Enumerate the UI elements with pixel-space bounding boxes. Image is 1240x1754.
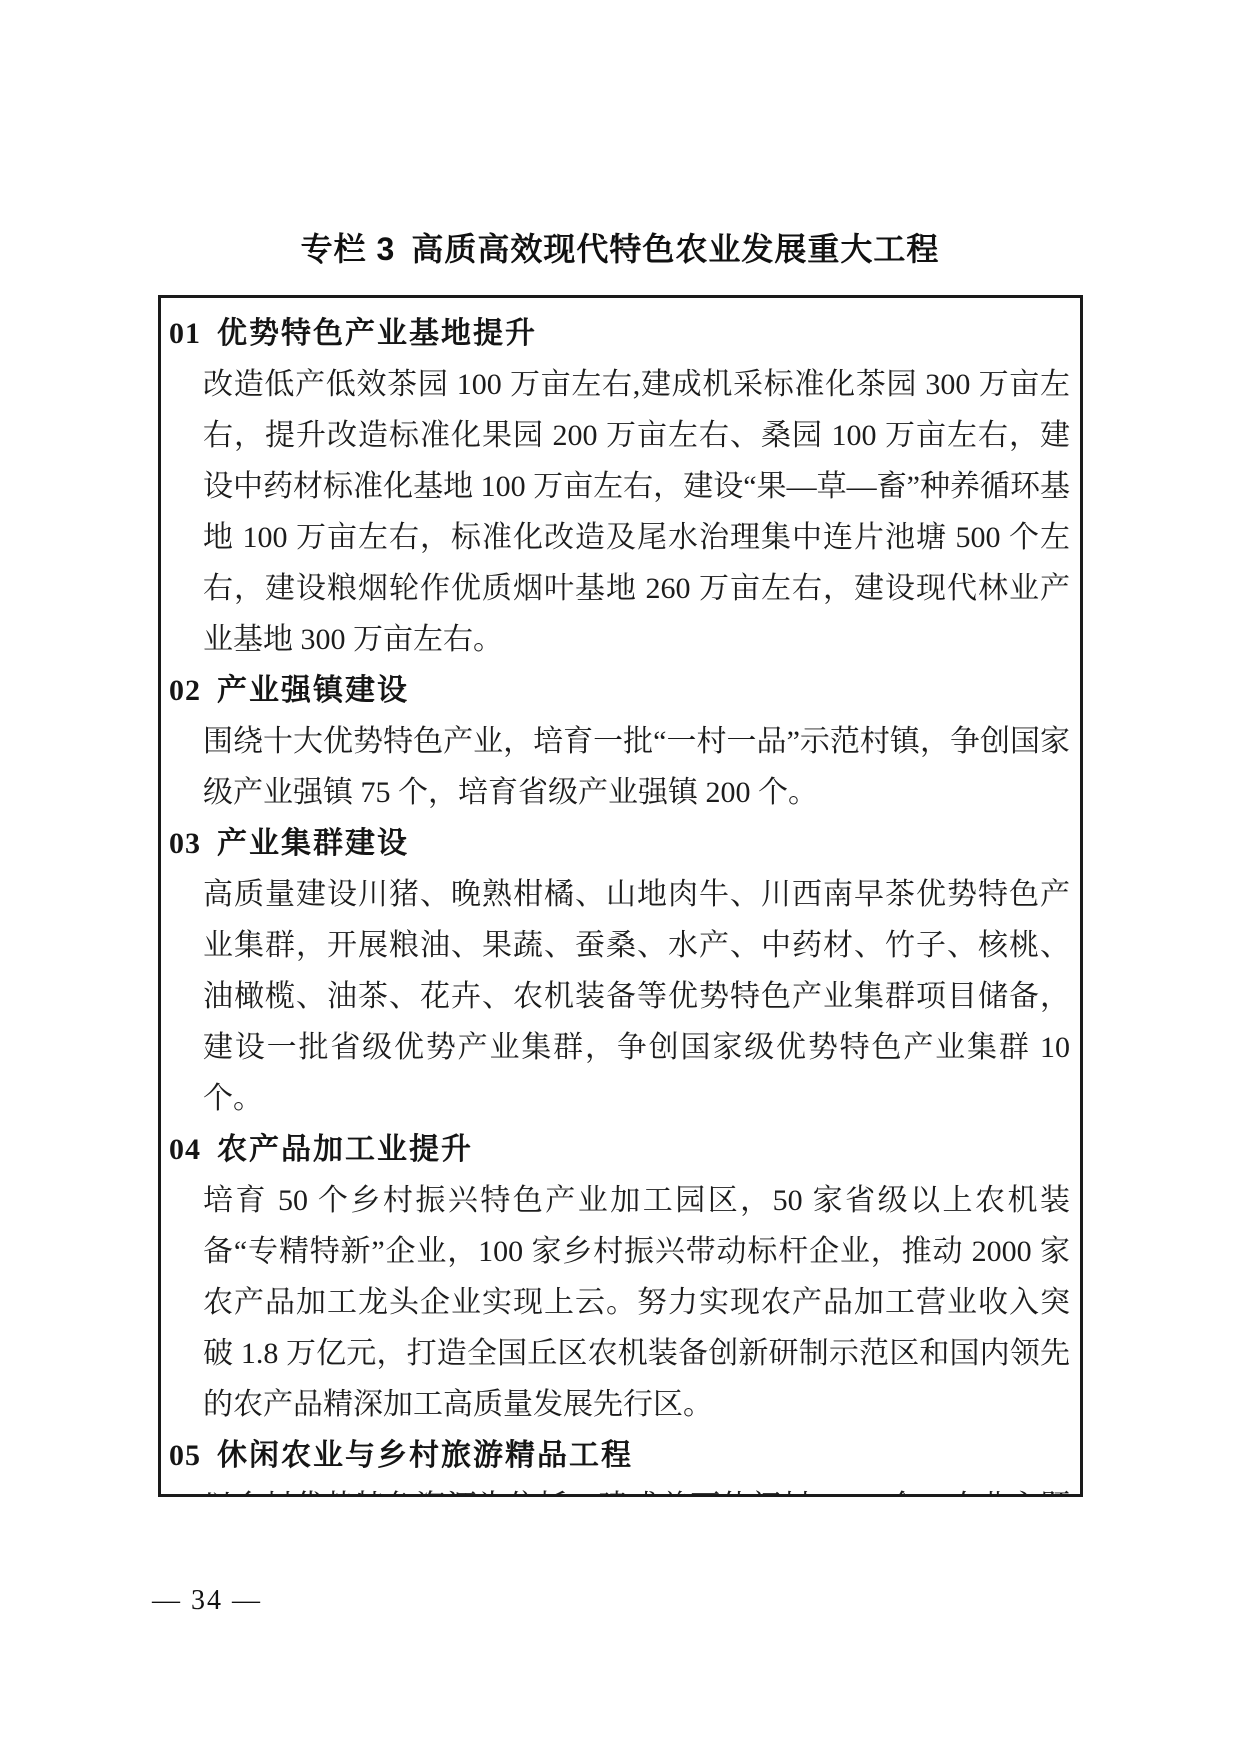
section-01-title: 优势特色产业基地提升 — [217, 317, 537, 350]
page-title: 专栏 3高质高效现代特色农业发展重大工程 — [0, 228, 1240, 270]
section-04: 04农产品加工业提升 培育 50 个乡村振兴特色产业加工园区，50 家省级以上农… — [169, 1124, 1070, 1430]
section-03-title: 产业集群建设 — [217, 827, 409, 860]
section-01-number: 01 — [169, 317, 201, 350]
section-05-title: 休闲农业与乡村旅游精品工程 — [217, 1439, 633, 1472]
document-page: 专栏 3高质高效现代特色农业发展重大工程 01优势特色产业基地提升 改造低产低效… — [0, 0, 1240, 1754]
section-05-body: 以乡村优势特色资源为依托，建成美丽休闲村 2000 个、农业主题公 — [203, 1481, 1070, 1497]
section-03-body: 高质量建设川猪、晚熟柑橘、山地肉牛、川西南早茶优势特色产业集群，开展粮油、果蔬、… — [203, 869, 1070, 1124]
section-02: 02产业强镇建设 围绕十大优势特色产业，培育一批“一村一品”示范村镇，争创国家级… — [169, 665, 1070, 818]
section-03-number: 03 — [169, 827, 201, 860]
page-number: — 34 — — [152, 1585, 262, 1617]
section-03-heading: 03产业集群建设 — [169, 818, 1070, 869]
page-title-text: 高质高效现代特色农业发展重大工程 — [411, 231, 939, 267]
section-05: 05休闲农业与乡村旅游精品工程 以乡村优势特色资源为依托，建成美丽休闲村 200… — [169, 1430, 1070, 1497]
section-02-title: 产业强镇建设 — [217, 674, 409, 707]
section-01-heading: 01优势特色产业基地提升 — [169, 308, 1070, 359]
section-01: 01优势特色产业基地提升 改造低产低效茶园 100 万亩左右,建成机采标准化茶园… — [169, 308, 1070, 665]
section-04-body: 培育 50 个乡村振兴特色产业加工园区，50 家省级以上农机装备“专精特新”企业… — [203, 1175, 1070, 1430]
section-05-number: 05 — [169, 1439, 201, 1472]
section-03: 03产业集群建设 高质量建设川猪、晚熟柑橘、山地肉牛、川西南早茶优势特色产业集群… — [169, 818, 1070, 1124]
section-02-body: 围绕十大优势特色产业，培育一批“一村一品”示范村镇，争创国家级产业强镇 75 个… — [203, 716, 1070, 818]
page-title-label: 专栏 3 — [301, 231, 396, 267]
section-02-heading: 02产业强镇建设 — [169, 665, 1070, 716]
feature-box: 01优势特色产业基地提升 改造低产低效茶园 100 万亩左右,建成机采标准化茶园… — [158, 295, 1083, 1497]
section-05-heading: 05休闲农业与乡村旅游精品工程 — [169, 1430, 1070, 1481]
section-04-title: 农产品加工业提升 — [217, 1133, 473, 1166]
section-04-number: 04 — [169, 1133, 201, 1166]
section-04-heading: 04农产品加工业提升 — [169, 1124, 1070, 1175]
section-02-number: 02 — [169, 674, 201, 707]
section-01-body: 改造低产低效茶园 100 万亩左右,建成机采标准化茶园 300 万亩左右，提升改… — [203, 359, 1070, 665]
